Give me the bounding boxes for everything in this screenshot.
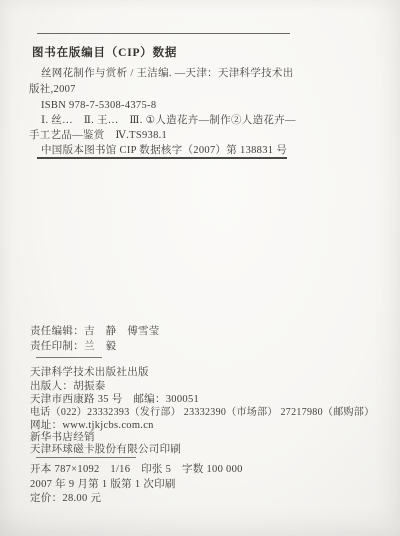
classification-line-1: Ⅰ. 丝… Ⅱ. 王… Ⅲ. ①人造花卉—制作②人造花卉— <box>41 115 296 127</box>
distribution-line: 新华书店经销 <box>30 432 95 444</box>
book-copyright-page: 图书在版编目（CIP）数据 丝网花制作与赏析 / 王洁编. —天津：天津科学技术… <box>0 0 400 536</box>
cip-bottom-rule <box>37 157 287 159</box>
publisher-name-line: 天津科学技术出版社出版 <box>30 367 149 379</box>
publisher-phone-line: 电话（022）23332393（发行部） 23332390（市场部） 27217… <box>30 407 374 419</box>
editor-line: 责任编辑：吉 静 傅雪莹 <box>30 326 160 338</box>
format-line: 开本 787×1092 1/16 印张 5 字数 100 000 <box>30 464 243 476</box>
print-supervisor-line: 责任印制：兰 毅 <box>30 341 116 353</box>
printing-company-line: 天津环球磁卡股份有限公司印刷 <box>30 444 181 456</box>
publisher-address-line: 天津市西康路 35 号 邮编：300051 <box>30 394 199 406</box>
edition-line: 2007 年 9 月第 1 版第 1 次印刷 <box>30 479 176 491</box>
colophon-divider-rule <box>36 457 136 458</box>
publisher-person-line: 出版人：胡振泰 <box>30 381 106 393</box>
cip-record-line: 中国版本图书馆 CIP 数据核字（2007）第 138831 号 <box>41 145 287 157</box>
staff-divider-rule <box>36 357 102 358</box>
cip-heading: 图书在版编目（CIP）数据 <box>32 44 177 60</box>
cip-top-rule <box>37 33 290 34</box>
cip-entry-line-1: 丝网花制作与赏析 / 王洁编. —天津：天津科学技术出 <box>41 68 294 80</box>
isbn-line: ISBN 978-7-5308-4375-8 <box>41 100 156 112</box>
price-line: 定价：28.00 元 <box>30 493 101 505</box>
cip-entry-line-2: 版社,2007 <box>29 84 76 96</box>
publisher-website-line: 网址：www.tjkjcbs.com.cn <box>30 420 154 432</box>
classification-line-2: 手工艺品—鉴赏 Ⅳ.TS938.1 <box>29 130 167 142</box>
